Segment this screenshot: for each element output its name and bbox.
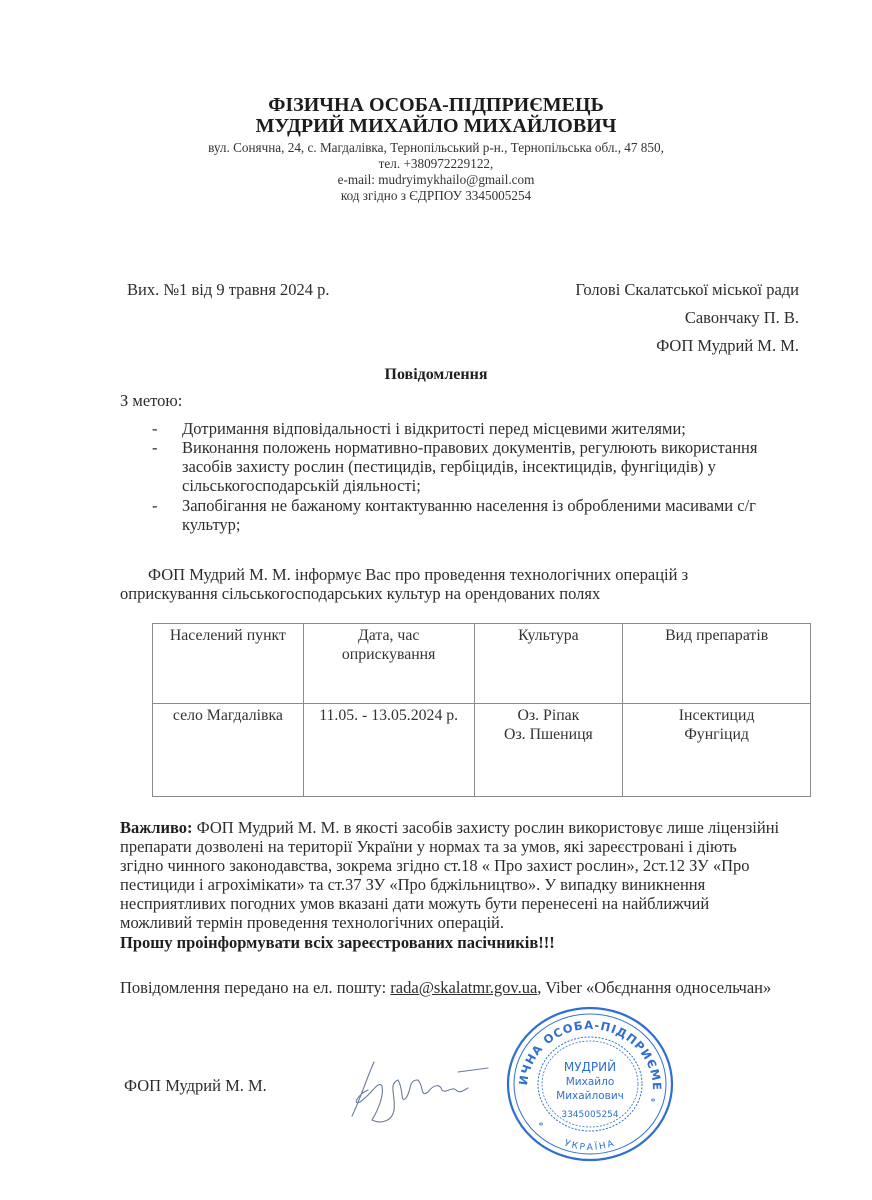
header-date: Дата, часоприскування — [303, 624, 474, 704]
cell-crop: Оз. РіпакОз. Пшениця — [474, 704, 623, 797]
letterhead-phone: тел. +380972229122, — [0, 156, 872, 172]
addressee-line2: Савончаку П. В. — [685, 309, 799, 328]
delivery-line: Повідомлення передано на ел. пошту: rada… — [120, 979, 771, 998]
info-paragraph-line2: оприскування сільськогосподарських культ… — [120, 585, 600, 604]
bullet-dash-icon: - — [152, 497, 158, 516]
request-beekeepers: Прошу проінформувати всіх зареєстрованих… — [120, 934, 555, 953]
company-stamp-icon: ФІЗИЧНА ОСОБА-ПІДПРИЄМЕЦЬ УКРАЇНА МУДРИЙ… — [505, 1005, 675, 1163]
important-label: Важливо: — [120, 818, 193, 837]
table-header-row: Населений пункт Дата, часоприскування Ку… — [153, 624, 811, 704]
important-line1: Важливо: ФОП Мудрий М. М. в якості засоб… — [120, 819, 779, 838]
addressee-line1: Голові Скалатської міської ради — [575, 281, 799, 300]
important-line2: препарати дозволені на території України… — [120, 838, 737, 857]
spraying-schedule-table: Населений пункт Дата, часоприскування Ку… — [152, 623, 811, 797]
letterhead-address: вул. Сонячна, 24, с. Магдалівка, Тернопі… — [0, 140, 872, 156]
svg-text:Михайлович: Михайлович — [556, 1090, 624, 1102]
important-line5: несприятливих погодних умов вказані дати… — [120, 895, 709, 914]
signatory-name: ФОП Мудрий М. М. — [124, 1077, 267, 1096]
svg-text:3345005254: 3345005254 — [561, 1110, 619, 1120]
header-product-type: Вид препаратів — [623, 624, 811, 704]
table-row: село Магдалівка 11.05. - 13.05.2024 р. О… — [153, 704, 811, 797]
important-line4: пестициди і агрохімікати» та ст.37 ЗУ «П… — [120, 876, 705, 895]
svg-text:МУДРИЙ: МУДРИЙ — [564, 1059, 616, 1074]
letterhead-email: e-mail: mudryimykhailo@gmail.com — [0, 172, 872, 188]
cell-date: 11.05. - 13.05.2024 р. — [303, 704, 474, 797]
header-crop: Культура — [474, 624, 623, 704]
svg-text:Михайло: Михайло — [566, 1076, 615, 1088]
bullet-dash-icon: - — [152, 439, 158, 458]
svg-text:УКРАЇНА: УКРАЇНА — [563, 1138, 617, 1153]
letterhead-title-line2: МУДРИЙ МИХАЙЛО МИХАЙЛОВИЧ — [0, 116, 872, 136]
council-email-link[interactable]: rada@skalatmr.gov.ua — [390, 978, 537, 997]
cell-settlement: село Магдалівка — [153, 704, 304, 797]
addressee-line3: ФОП Мудрий М. М. — [656, 337, 799, 356]
info-paragraph-line1: ФОП Мудрий М. М. інформує Вас про провед… — [148, 566, 688, 585]
purpose-intro: З метою: — [120, 392, 182, 411]
important-line3: згідно чинного законодавства, зокрема зг… — [120, 857, 750, 876]
header-settlement: Населений пункт — [153, 624, 304, 704]
outgoing-number: Вих. №1 від 9 травня 2024 р. — [127, 281, 330, 300]
letterhead-title-line1: ФІЗИЧНА ОСОБА-ПІДПРИЄМЕЦЬ — [0, 95, 872, 115]
bullet-dash-icon: - — [152, 420, 158, 439]
svg-text:*: * — [539, 1121, 544, 1132]
document-title: Повідомлення — [0, 366, 872, 385]
important-line6: можливий термін проведення технологічних… — [120, 914, 504, 933]
letterhead-edrpou: код згідно з ЄДРПОУ 3345005254 — [0, 188, 872, 204]
svg-text:*: * — [651, 1097, 656, 1108]
purpose-item: - Виконання положень нормативно-правових… — [0, 439, 872, 499]
cell-product-type: ІнсектицидФунгіцид — [623, 704, 811, 797]
purpose-item: - Запобігання не бажаному контактуванню … — [0, 497, 872, 537]
handwritten-signature-icon — [338, 1050, 498, 1130]
